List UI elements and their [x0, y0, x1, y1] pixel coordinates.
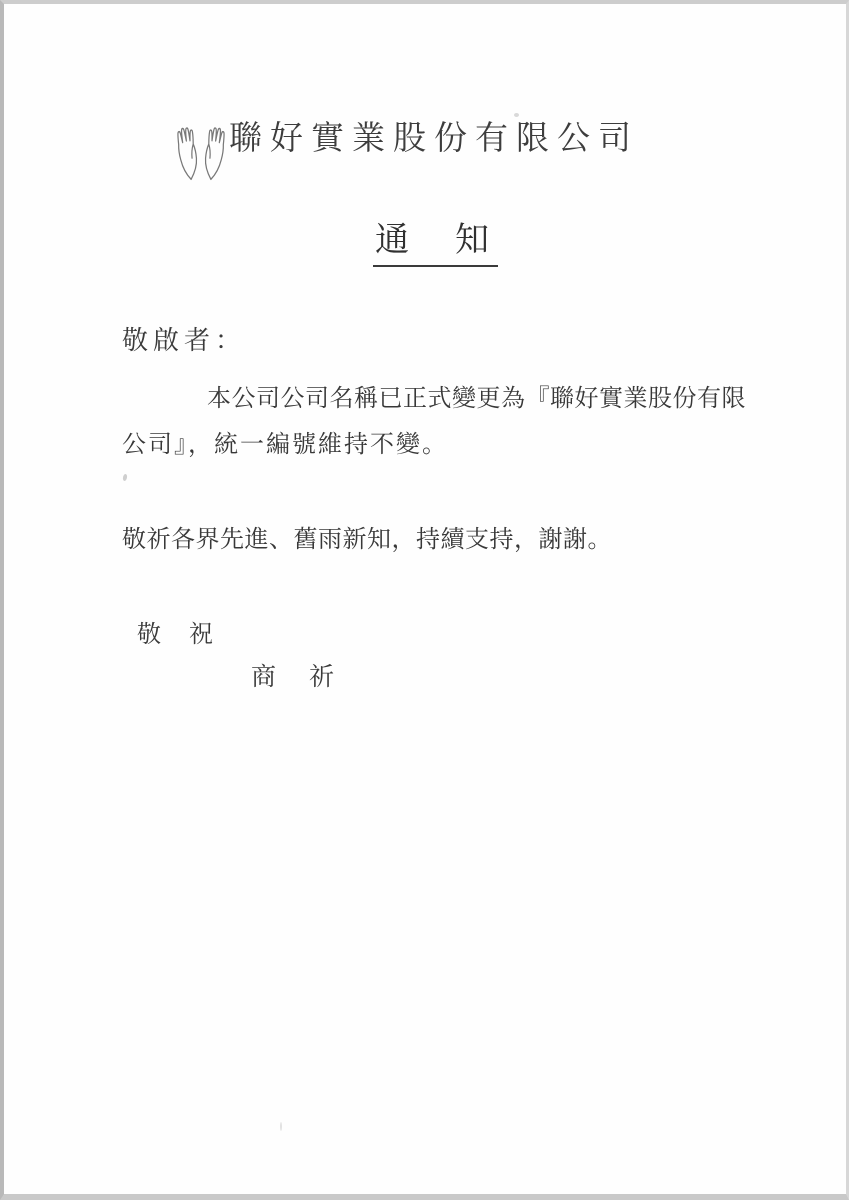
- scanned-notice-page: 聯好實業股份有限公司 通 知 敬啟者： 本公司公司名稱已正式變更為『聯好實業股份…: [0, 0, 849, 1200]
- scan-speck: [280, 1122, 282, 1131]
- scan-speck: [122, 474, 127, 482]
- closing-wish: 商 祈: [251, 664, 338, 693]
- closing-salute: 敬 祝: [137, 622, 215, 650]
- two-open-hands-icon: [157, 107, 213, 169]
- paragraph1-line1: 本公司公司名稱已正式變更為『聯好實業股份有限: [207, 386, 746, 414]
- notice-title: 通 知: [373, 221, 498, 267]
- paragraph2: 敬祈各界先進、舊雨新知，持續支持，謝謝。: [122, 527, 612, 555]
- paragraph1-line2: 公司』，統一編號維持不變。: [122, 432, 448, 460]
- salutation: 敬啟者：: [122, 326, 246, 356]
- scan-speck: [514, 113, 519, 117]
- company-name: 聯好實業股份有限公司: [229, 121, 639, 159]
